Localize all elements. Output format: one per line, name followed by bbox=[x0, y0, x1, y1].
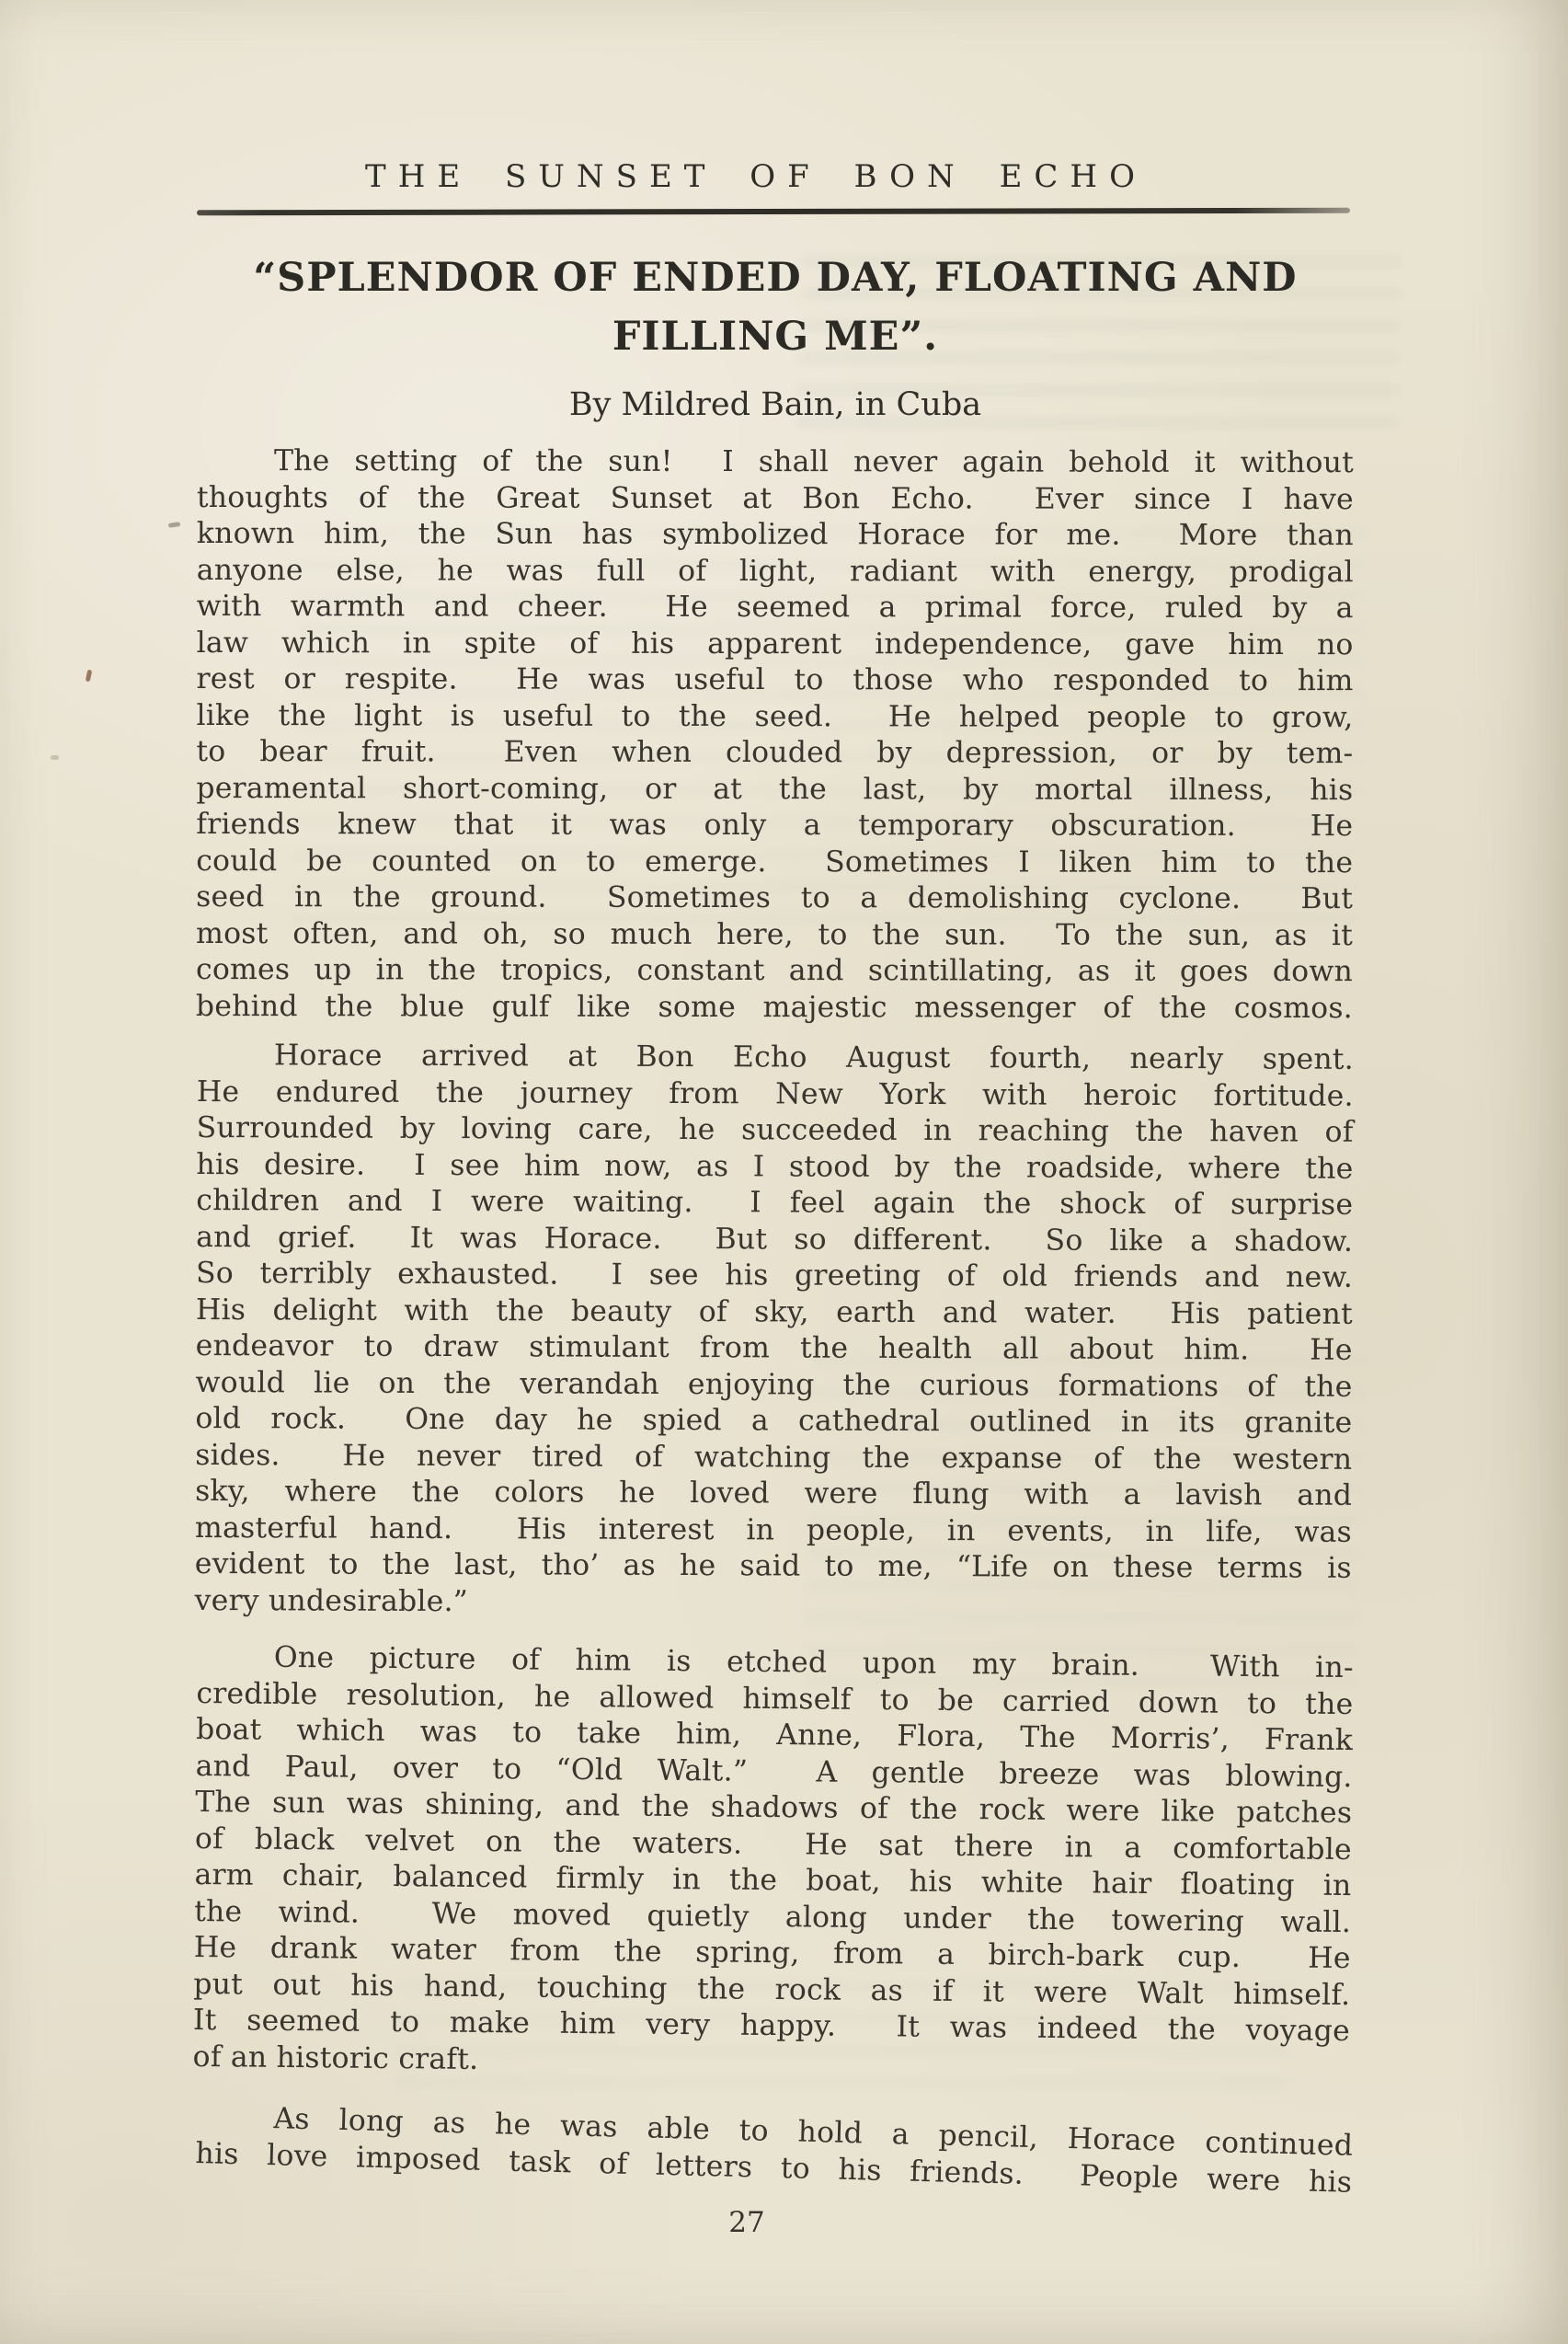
article-title-line1: “SPLENDOR OF ENDED DAY, FLOATING AND bbox=[197, 248, 1354, 307]
text-line: evident to the last, tho’ as he said to … bbox=[195, 1546, 1352, 1587]
text-line: sky, where the colors he loved were flun… bbox=[195, 1474, 1352, 1514]
text-line: behind the blue gulf like some majestic … bbox=[196, 988, 1353, 1027]
article-title: “SPLENDOR OF ENDED DAY, FLOATING AND FIL… bbox=[197, 248, 1354, 366]
text-line: masterful hand. His interest in people, … bbox=[195, 1510, 1352, 1550]
text-line: comes up in the tropics, constant and sc… bbox=[196, 952, 1353, 991]
text-line: very undesirable.” bbox=[195, 1582, 1352, 1623]
page-number: 27 bbox=[197, 2206, 1297, 2239]
text-line: to bear fruit. Even when clouded by depr… bbox=[196, 734, 1353, 773]
text-line: most often, and oh, so much here, to the… bbox=[196, 915, 1353, 954]
text-line: thoughts of the Great Sunset at Bon Echo… bbox=[197, 479, 1354, 518]
text-line: old rock. One day he spied a cathedral o… bbox=[195, 1401, 1352, 1442]
text-line: So terribly exhausted. I see his greetin… bbox=[196, 1256, 1353, 1296]
text-line: could be counted on to emerge. Sometimes… bbox=[196, 843, 1353, 881]
text-line: rest or respite. He was useful to those … bbox=[197, 661, 1354, 700]
text-line: and grief. It was Horace. But so differe… bbox=[196, 1219, 1353, 1259]
text-line: seed in the ground. Sometimes to a demol… bbox=[196, 879, 1353, 918]
paragraph: One picture of him is etched upon my bra… bbox=[192, 1639, 1353, 2086]
text-line: Surrounded by loving care, he succeeded … bbox=[197, 1110, 1354, 1151]
text-line: peramental short-coming, or at the last,… bbox=[196, 770, 1353, 809]
text-line: his desire. I see him now, as I stood by… bbox=[196, 1146, 1353, 1187]
header-rule bbox=[197, 208, 1350, 216]
margin-speck bbox=[86, 670, 93, 683]
scanned-page: THE SUNSET OF BON ECHO “SPLENDOR OF ENDE… bbox=[0, 0, 1568, 2344]
text-line: sides. He never tired of watching the ex… bbox=[195, 1437, 1352, 1477]
text-line: known him, the Sun has symbolized Horace… bbox=[197, 516, 1354, 555]
text-line: law which in spite of his apparent indep… bbox=[197, 625, 1354, 663]
running-title: THE SUNSET OF BON ECHO bbox=[175, 158, 1337, 195]
text-line: with warmth and cheer. He seemed a prima… bbox=[197, 589, 1354, 627]
margin-speck bbox=[168, 522, 181, 528]
text-line: He endured the journey from New York wit… bbox=[197, 1074, 1354, 1114]
paragraph: The setting of the sun! I shall never ag… bbox=[196, 443, 1354, 1027]
text-line: His delight with the beauty of sky, eart… bbox=[196, 1292, 1353, 1332]
text-line: like the light is useful to the seed. He… bbox=[196, 697, 1353, 736]
margin-speck bbox=[51, 755, 59, 760]
text-line: anyone else, he was full of light, radia… bbox=[197, 552, 1354, 591]
text-line: would lie on the verandah enjoying the c… bbox=[195, 1364, 1352, 1405]
paragraph: As long as he was able to hold a pencil,… bbox=[195, 2099, 1354, 2201]
text-line: friends knew that it was only a temporar… bbox=[196, 807, 1353, 845]
byline: By Mildred Bain, in Cuba bbox=[197, 386, 1354, 423]
text-line: endeavor to draw stimulant from the heal… bbox=[196, 1328, 1353, 1369]
text-line: children and I were waiting. I feel agai… bbox=[196, 1183, 1353, 1224]
text-line: The setting of the sun! I shall never ag… bbox=[197, 443, 1354, 482]
article-title-line2: FILLING ME”. bbox=[197, 307, 1354, 366]
text-line: Horace arrived at Bon Echo August fourth… bbox=[197, 1038, 1354, 1078]
paragraph: Horace arrived at Bon Echo August fourth… bbox=[195, 1038, 1354, 1624]
